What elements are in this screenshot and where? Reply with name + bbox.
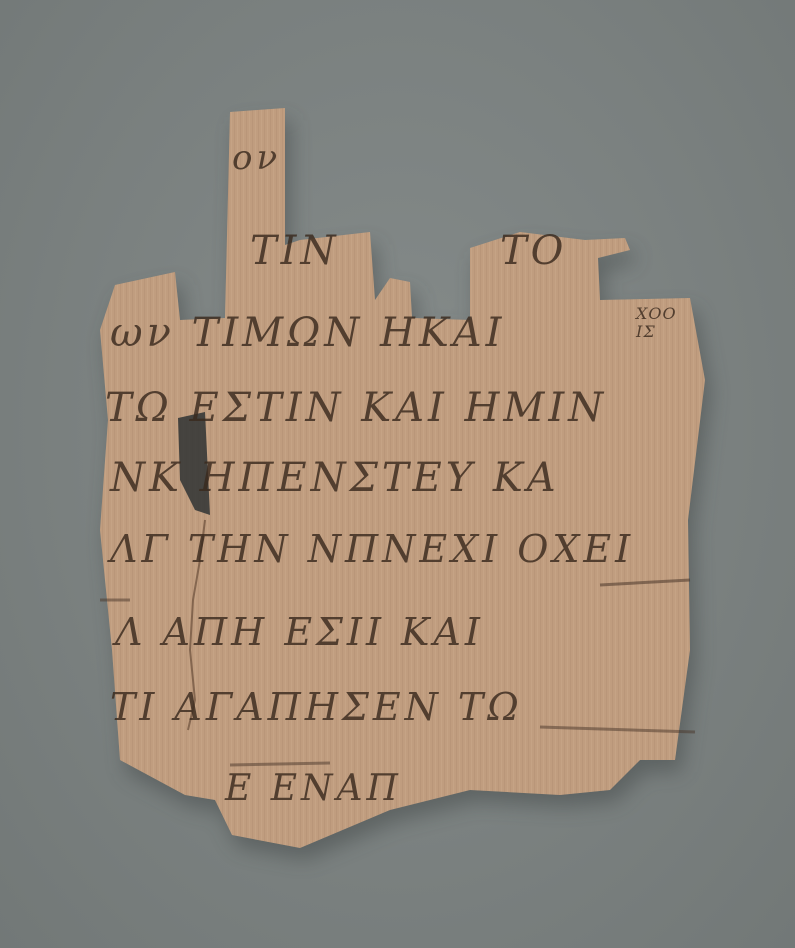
script-line-5: ΝΚ ΗΠΕΝΣΤΕΥ ΚΑ: [110, 455, 560, 501]
script-line-9: Ε ΕΝΑΠ: [225, 768, 402, 809]
script-line-2b: ΤΟ: [500, 228, 567, 274]
script-line-3: ων ΤΙΜΩΝ ΗΚΑΙ: [110, 310, 505, 356]
script-line-7: Λ ΑΠΗ ΕΣΙΙ ΚΑΙ: [115, 610, 484, 654]
script-line-8: ΤΙ ΑΓΑΠΗΣΕΝ ΤΩ: [110, 685, 523, 729]
script-line-4: ΤΩ ΕΣΤΙΝ ΚΑΙ ΗΜΙΝ: [105, 385, 607, 431]
script-line-2a: ΤΙΝ: [250, 228, 339, 274]
script-line-1: ον: [232, 138, 281, 178]
script-line-6: ΛΓ ΤΗΝ ΝΠΝΕΧΙ ΟΧΕΙ: [110, 527, 634, 571]
marginal-note: ΧΟΟ ΙΣ: [636, 305, 660, 341]
